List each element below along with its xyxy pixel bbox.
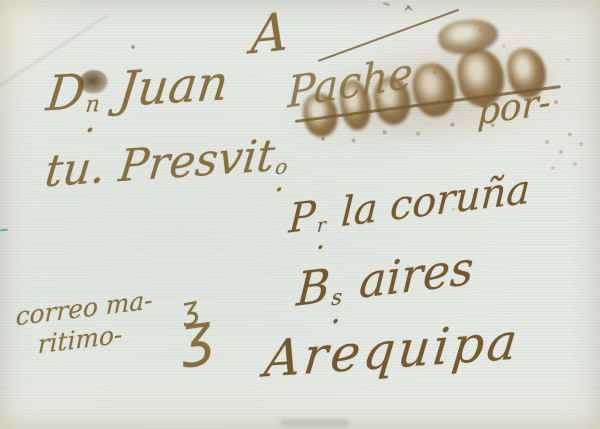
postmark-trailing-specks [545,140,549,144]
addressee-line2: tu. Presvito. [42,129,294,207]
route-leg1: Pr. la coruña [287,166,531,252]
addressee-line1: Dn. Juan [42,55,231,134]
pencil-mark [406,5,413,11]
paper-fiber-teal [0,228,8,231]
route-leg1-initial: P [288,193,317,243]
route-leg2-place: aires [358,240,475,309]
addressee-first-name: Juan [115,55,231,118]
route-leg2-superscript: s. [330,290,342,322]
superscript-dot: . [316,231,326,248]
postal-cover: A Dn. Juan Pache por- tu. Presvito. Pr. … [0,0,600,429]
route-leg1-place: la coruña [340,166,531,236]
superscript-dot: . [274,172,286,190]
route-leg1-superscript: r. [316,221,326,248]
service-note-brace-large: ʒ [176,301,217,370]
addressee-line2-text: tu. Presvit [43,130,278,198]
superscript-dot: . [84,111,97,131]
paper-smudge [280,420,350,426]
salutation-a: A [250,2,289,66]
pencil-mark [383,2,390,6]
ink-blot [80,70,108,94]
paper-stain [131,45,135,49]
addressee-initial: D [44,64,89,123]
superscript-dot: . [330,302,341,322]
addressee-initial-superscript: n. [83,99,101,131]
addressee-line2-superscript: o. [273,161,288,191]
route-leg2-initial: B [295,258,331,317]
